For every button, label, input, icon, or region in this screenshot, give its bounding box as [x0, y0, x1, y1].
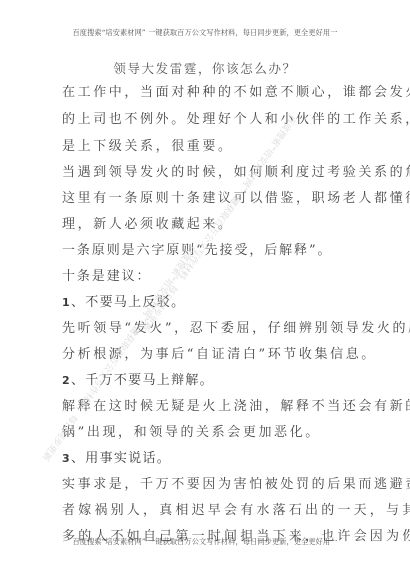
line-text: 、用事实说话。 — [71, 451, 171, 466]
section-heading: 2、千万不要马上辩解。 — [62, 373, 214, 389]
paragraph-line: 解释在这时候无疑是火上浇油，解释不当还会有新的“黑 — [62, 399, 410, 415]
list-number: 2 — [62, 374, 71, 387]
paragraph-line: 的上司也不例外。处理好个人和小伙伴的工作关系，特别 — [62, 112, 410, 128]
list-number: 1 — [62, 296, 71, 309]
paragraph-line: 理，新人必须收藏起来。 — [62, 217, 234, 233]
line-text: 、不要马上反驳。 — [71, 295, 185, 310]
document-page: 百度搜索“培安素材网” 一键获取百万公文写作材料，每日同步更新，更全更好用一 领… — [0, 0, 410, 580]
paragraph-line: 十条是建议： — [62, 269, 151, 285]
line-text: 这里有一条原则十条建议可以借鉴，职场老人都懂得的道 — [62, 191, 410, 206]
paragraph-line: 是上下级关系，很重要。 — [62, 139, 234, 155]
section-heading: 3、用事实说话。 — [62, 451, 171, 467]
footer-banner: 百度搜索“培安素材网” 一键获取百万公文写作材料，每日同步更新，更全更好用一 — [0, 537, 410, 547]
line-text: 是上下级关系，很重要。 — [62, 139, 234, 154]
paragraph-line: 在工作中，当面对种种的不如意不顺心，谁都会发火，你 — [62, 85, 410, 101]
paragraph-line: 分析根源，为事后“自证清白”环节收集信息。 — [62, 347, 377, 363]
line-text: 理，新人必须收藏起来。 — [62, 217, 234, 232]
section-heading: 1、不要马上反驳。 — [62, 295, 185, 311]
paragraph-line: 当遇到领导发火的时候，如何顺利度过考验关系的危机呢 — [62, 165, 410, 181]
paragraph-line: 锅”出现，和领导的关系会更加恶化。 — [62, 425, 321, 441]
paragraph-line: 一条原则是六字原则“先接受，后解释”。 — [62, 243, 332, 259]
line-text: 先听领导“发火”，忍下委屈，仔细辨别领导发火的原因 — [62, 321, 410, 336]
line-text: 解释在这时候无疑是火上浇油，解释不当还会有新的“黑 — [62, 399, 410, 414]
line-text: 在工作中，当面对种种的不如意不顺心，谁都会发火，你 — [62, 85, 410, 100]
line-text: 者嫁祸别人，真相迟早会有水落石出的一天，与其得罪更 — [62, 503, 410, 518]
paragraph-line: 这里有一条原则十条建议可以借鉴，职场老人都懂得的道 — [62, 191, 410, 207]
list-number: 3 — [62, 452, 71, 465]
line-text: 、千万不要马上辩解。 — [71, 373, 214, 388]
line-text: 十条是建议： — [62, 269, 151, 284]
paragraph-line: 者嫁祸别人，真相迟早会有水落石出的一天，与其得罪更 — [62, 503, 410, 519]
line-text: 分析根源，为事后“自证清白”环节收集信息。 — [62, 347, 377, 362]
header-banner: 百度搜索“培安素材网” 一键获取百万公文写作材料，每日同步更新，更全更好用一 — [0, 28, 410, 38]
line-text: 当遇到领导发火的时候，如何顺利度过考验关系的危机呢 — [62, 165, 410, 180]
line-text: 实事求是，千万不要因为害怕被处罚的后果而逃避责任或 — [62, 477, 410, 492]
line-text: 一条原则是六字原则“先接受，后解释”。 — [62, 243, 332, 258]
paragraph-line: 先听领导“发火”，忍下委屈，仔细辨别领导发火的原因 — [62, 321, 410, 337]
document-title: 领导大发雷霆，你该怎么办？ — [0, 59, 410, 77]
line-text: 锅”出现，和领导的关系会更加恶化。 — [62, 425, 321, 440]
line-text: 的上司也不例外。处理好个人和小伙伴的工作关系，特别 — [62, 112, 410, 127]
paragraph-line: 实事求是，千万不要因为害怕被处罚的后果而逃避责任或 — [62, 477, 410, 493]
